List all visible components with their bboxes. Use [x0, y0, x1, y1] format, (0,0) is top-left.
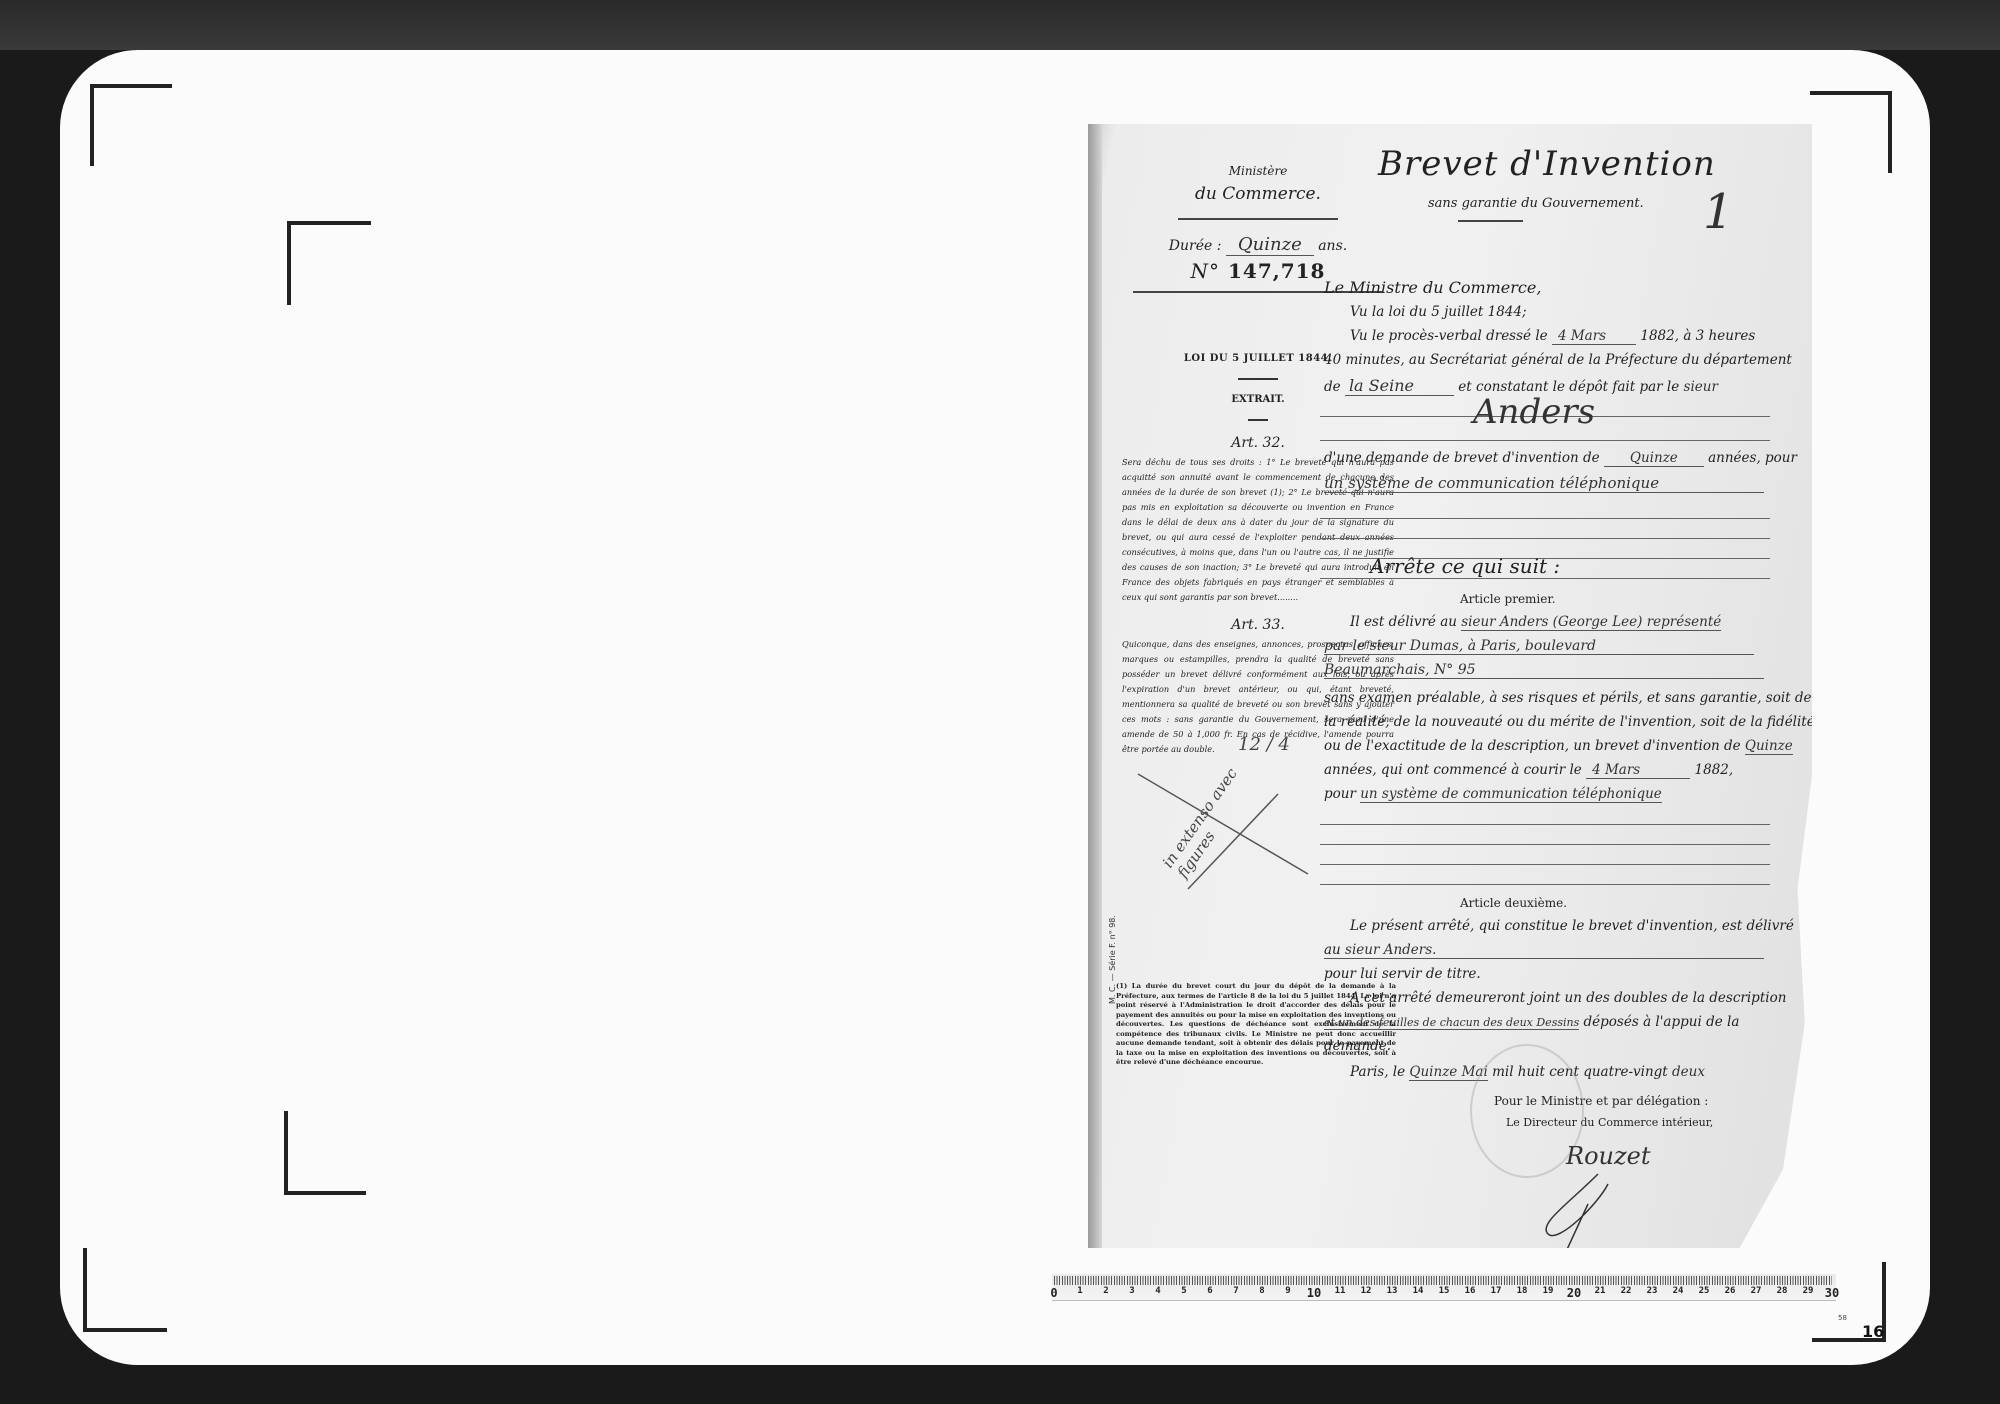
start-date: 4 Mars — [1586, 762, 1690, 779]
document-title: Brevet d'Invention — [1378, 144, 1716, 184]
grantee: sieur Anders (George Lee) représenté — [1461, 614, 1721, 631]
duration-label: Durée : — [1169, 238, 1222, 254]
preamble-line-5-suffix: années, pour — [1708, 450, 1797, 466]
number-value: 147,718 — [1228, 259, 1325, 283]
article-1-line-5: la réalité, de la nouveauté ou du mérite… — [1324, 714, 1815, 730]
applicant-title: sieur — [1684, 379, 1718, 395]
article-2-line-2: au sieur Anders. — [1324, 942, 1764, 959]
requested-duration: Quinze — [1604, 450, 1704, 467]
preamble-line-5-prefix: d'une demande de brevet d'invention de — [1324, 450, 1600, 466]
applicant-name: Anders — [1473, 392, 1595, 432]
duration-unit: ans. — [1318, 238, 1347, 254]
patent-document: M. C. — Série F. n° 98. Ministère du Com… — [1088, 124, 1812, 1248]
start-year: 1882, — [1695, 762, 1734, 778]
invention-title: un système de communication téléphonique — [1324, 474, 1764, 493]
preamble-line-1: Vu la loi du 5 juillet 1844; — [1350, 304, 1527, 320]
scale-ruler: 0 1 2 3 4 5 6 7 8 9 10 11 12 13 14 15 16… — [1052, 1274, 1836, 1301]
short-rule-2 — [1248, 419, 1268, 421]
recipient: sieur Anders. — [1345, 942, 1436, 958]
representative-address: Beaumarchais, N° 95 — [1324, 662, 1764, 679]
subtitle-rule — [1458, 220, 1523, 222]
article-1-line-1: Il est délivré au sieur Anders (George L… — [1350, 614, 1721, 630]
crop-mark-outer-top-right — [1810, 91, 1892, 173]
a2-line-2-prefix: au — [1324, 942, 1341, 958]
duration-value: Quinze — [1226, 234, 1314, 256]
article-2-line-6: demande. — [1324, 1038, 1391, 1054]
blank-rule — [1320, 844, 1770, 845]
preamble-line-2: Vu le procès-verbal dressé le 4 Mars 188… — [1350, 328, 1755, 344]
preamble-line-3: 40 minutes, au Secrétariat général de la… — [1324, 352, 1792, 368]
article-32-heading: Art. 32. — [1118, 435, 1398, 451]
blank-rule — [1320, 884, 1770, 885]
margin-annotation-fraction: 12 / 4 — [1238, 734, 1290, 755]
deposit-year: 1882, à 3 heures — [1640, 328, 1755, 344]
blank-rule — [1320, 578, 1770, 579]
granted-duration: Quinze — [1745, 738, 1793, 755]
cross-out-mark — [1128, 764, 1328, 894]
article-2-line-1: Le présent arrêté, qui constitue le brev… — [1350, 918, 1794, 934]
ruler-labels: 0 1 2 3 4 5 6 7 8 9 10 11 12 13 14 15 16… — [1052, 1286, 1836, 1300]
a1-line-6-prefix: ou de l'exactitude de la description, un… — [1324, 738, 1741, 754]
issue-year: deux — [1672, 1064, 1705, 1080]
a1-line-1-prefix: Il est délivré au — [1350, 614, 1457, 630]
article-2-line-3: pour lui servir de titre. — [1324, 966, 1481, 982]
number-label: N° — [1191, 259, 1221, 283]
a2-line-7-prefix: Paris, le — [1350, 1064, 1405, 1080]
document-subtitle: sans garantie du Gouvernement. — [1428, 196, 1644, 211]
blank-rule — [1320, 824, 1770, 825]
short-rule — [1238, 378, 1278, 380]
ministry-line-2: du Commerce. — [1118, 184, 1398, 204]
article-1-line-6: ou de l'exactitude de la description, un… — [1324, 738, 1793, 754]
a1-line-8-prefix: pour — [1324, 786, 1356, 802]
ruler-ticks — [1054, 1276, 1832, 1285]
article-1-line-8: pour un système de communication télépho… — [1324, 786, 1662, 802]
article-2-line-5: et un des feuilles de chacun des deux De… — [1324, 1014, 1739, 1030]
crop-mark-inner-top-left — [287, 221, 371, 305]
minister-line: Le Ministre du Commerce, — [1324, 278, 1541, 297]
representative: par le sieur Dumas, à Paris, boulevard — [1324, 638, 1754, 655]
decree-heading: Arrête ce qui suit : — [1370, 554, 1560, 578]
article-2-line-4: A cet arrêté demeureront joint un des do… — [1350, 990, 1786, 1006]
article-1-line-4: sans examen préalable, à ses risques et … — [1324, 690, 1812, 706]
crop-mark-outer-top-left — [90, 84, 172, 166]
deposit-date: 4 Mars — [1552, 328, 1636, 345]
folio-mark: 1 — [1703, 184, 1734, 240]
preamble-line-5: d'une demande de brevet d'invention de Q… — [1324, 450, 1797, 466]
article-1-heading: Article premier. — [1460, 592, 1556, 606]
film-border-top — [0, 0, 2000, 50]
granted-invention: un système de communication téléphonique — [1360, 786, 1662, 803]
preamble-line-2-prefix: Vu le procès-verbal dressé le — [1350, 328, 1548, 344]
duration-field: Durée : Quinze ans. — [1118, 234, 1398, 255]
article-2-heading: Article deuxième. — [1460, 896, 1567, 910]
frame-number: 16 — [1862, 1322, 1884, 1341]
attached-drawings: et un des feuilles de chacun des deux De… — [1324, 1016, 1579, 1030]
crop-mark-inner-bottom-left — [284, 1111, 366, 1195]
blank-rule — [1320, 864, 1770, 865]
applicant-rule-bottom — [1320, 440, 1770, 441]
frame-small-label: 58 — [1838, 1314, 1847, 1322]
a1-line-7-prefix: années, qui ont commencé à courir le — [1324, 762, 1582, 778]
preamble-line-4-prefix: de — [1324, 379, 1341, 395]
department: la Seine — [1345, 376, 1454, 396]
article-1-line-7: années, qui ont commencé à courir le 4 M… — [1324, 762, 1733, 778]
crop-mark-outer-bottom-left — [83, 1248, 167, 1332]
a2-line-5-suffix: déposés à l'appui de la — [1584, 1014, 1740, 1030]
blank-rule — [1320, 538, 1770, 539]
ornament-rule — [1178, 218, 1338, 220]
ministry-line-1: Ministère — [1118, 164, 1398, 178]
blank-rule — [1320, 518, 1770, 519]
